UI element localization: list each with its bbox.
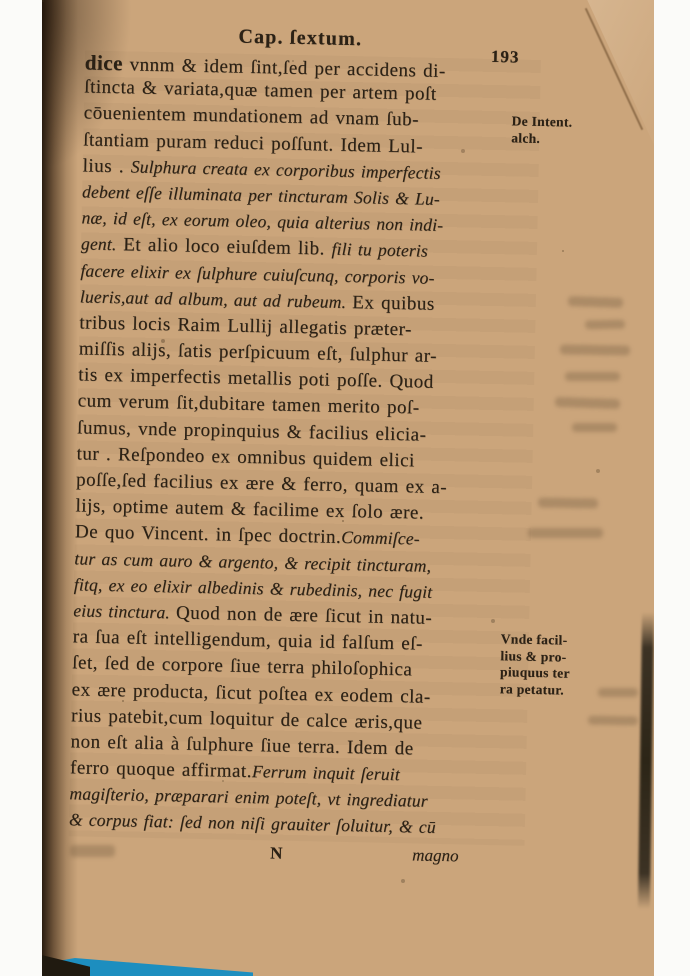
margin-note-line: piuquus ter [500,664,610,683]
margin-note-line: alch. [511,130,621,149]
book-page: Cap. ſextum. 193 dice vnnm & idem ſint,ſ… [42,0,654,976]
margin-note-line: Vnde facil- [501,631,611,650]
chapter-heading: Cap. ſextum. [85,22,515,54]
text-segment: Quod non de ære ſicut in natu- [176,602,433,628]
margin-note-line: ra petatur. [500,681,610,700]
text-segment: Et alio loco eiuſdem lib. [116,234,332,260]
margin-note: De Intent.alch. [511,113,622,148]
scan-viewport: Cap. ſextum. 193 dice vnnm & idem ſint,ſ… [0,0,690,976]
text-segment: De quo Vincent. in ſpec doctrin. [75,522,342,549]
text-segment: Ferrum inquit ſeruit [252,761,400,784]
signature-mark: N [270,843,283,863]
text-segment: ferro quoque affirmat. [70,757,252,782]
margin-notes: De Intent.alch.Vnde facil-lius & pro-piu… [50,0,654,6]
text-segment: fili tu poteris [331,239,428,261]
paper-specks [42,0,44,2]
catchword: magno [412,845,459,866]
body-text: dice vnnm & idem ſint,ſed per accidens d… [69,50,541,845]
text-segment: Ex quibus [352,292,435,315]
text-segment: Commiſce- [341,527,420,549]
text-segment: eius tinctura. [73,600,176,622]
text-segment: lueris,aut ad album, aut ad rubeum. [80,286,353,312]
margin-note: Vnde facil-lius & pro-piuquus terra peta… [500,631,611,699]
text-segment: lius . [82,155,131,177]
text-segment: gent. [81,234,117,255]
text-segment: dice [85,50,124,75]
printed-content: Cap. ſextum. 193 dice vnnm & idem ſint,ſ… [42,0,654,976]
margin-note-line: De Intent. [511,113,621,132]
